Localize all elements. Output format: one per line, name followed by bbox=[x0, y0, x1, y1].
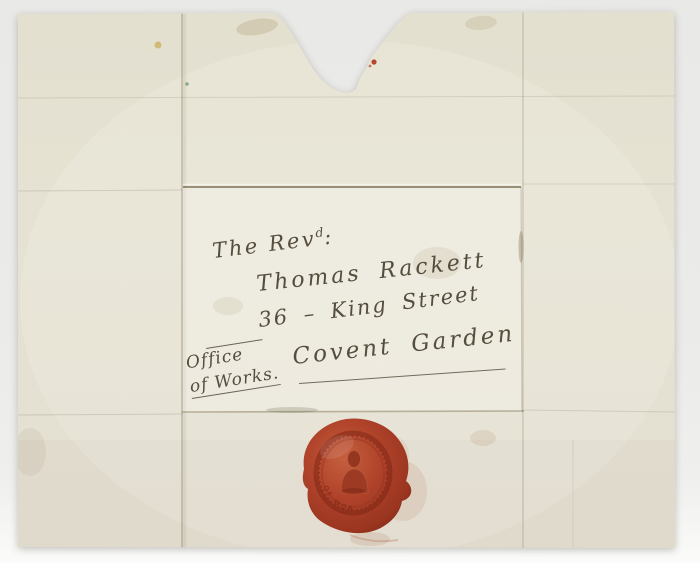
fold-smudge bbox=[266, 407, 318, 413]
panel-bottom-edge bbox=[182, 411, 524, 412]
bust-base-shadow bbox=[343, 488, 365, 494]
stain bbox=[470, 430, 496, 446]
stain bbox=[14, 428, 46, 476]
stain bbox=[213, 297, 243, 315]
wax-speck bbox=[369, 65, 372, 68]
wax-speck bbox=[371, 59, 376, 64]
bust-head bbox=[348, 451, 361, 468]
stain-below-seal bbox=[350, 532, 390, 546]
letter-scan: OF WOR The Revd: Thomas Rackett 36 – Kin… bbox=[0, 0, 700, 563]
fold-stain bbox=[519, 231, 524, 263]
stain-green-speck bbox=[185, 82, 189, 86]
stain-yellow-dot bbox=[155, 42, 162, 49]
